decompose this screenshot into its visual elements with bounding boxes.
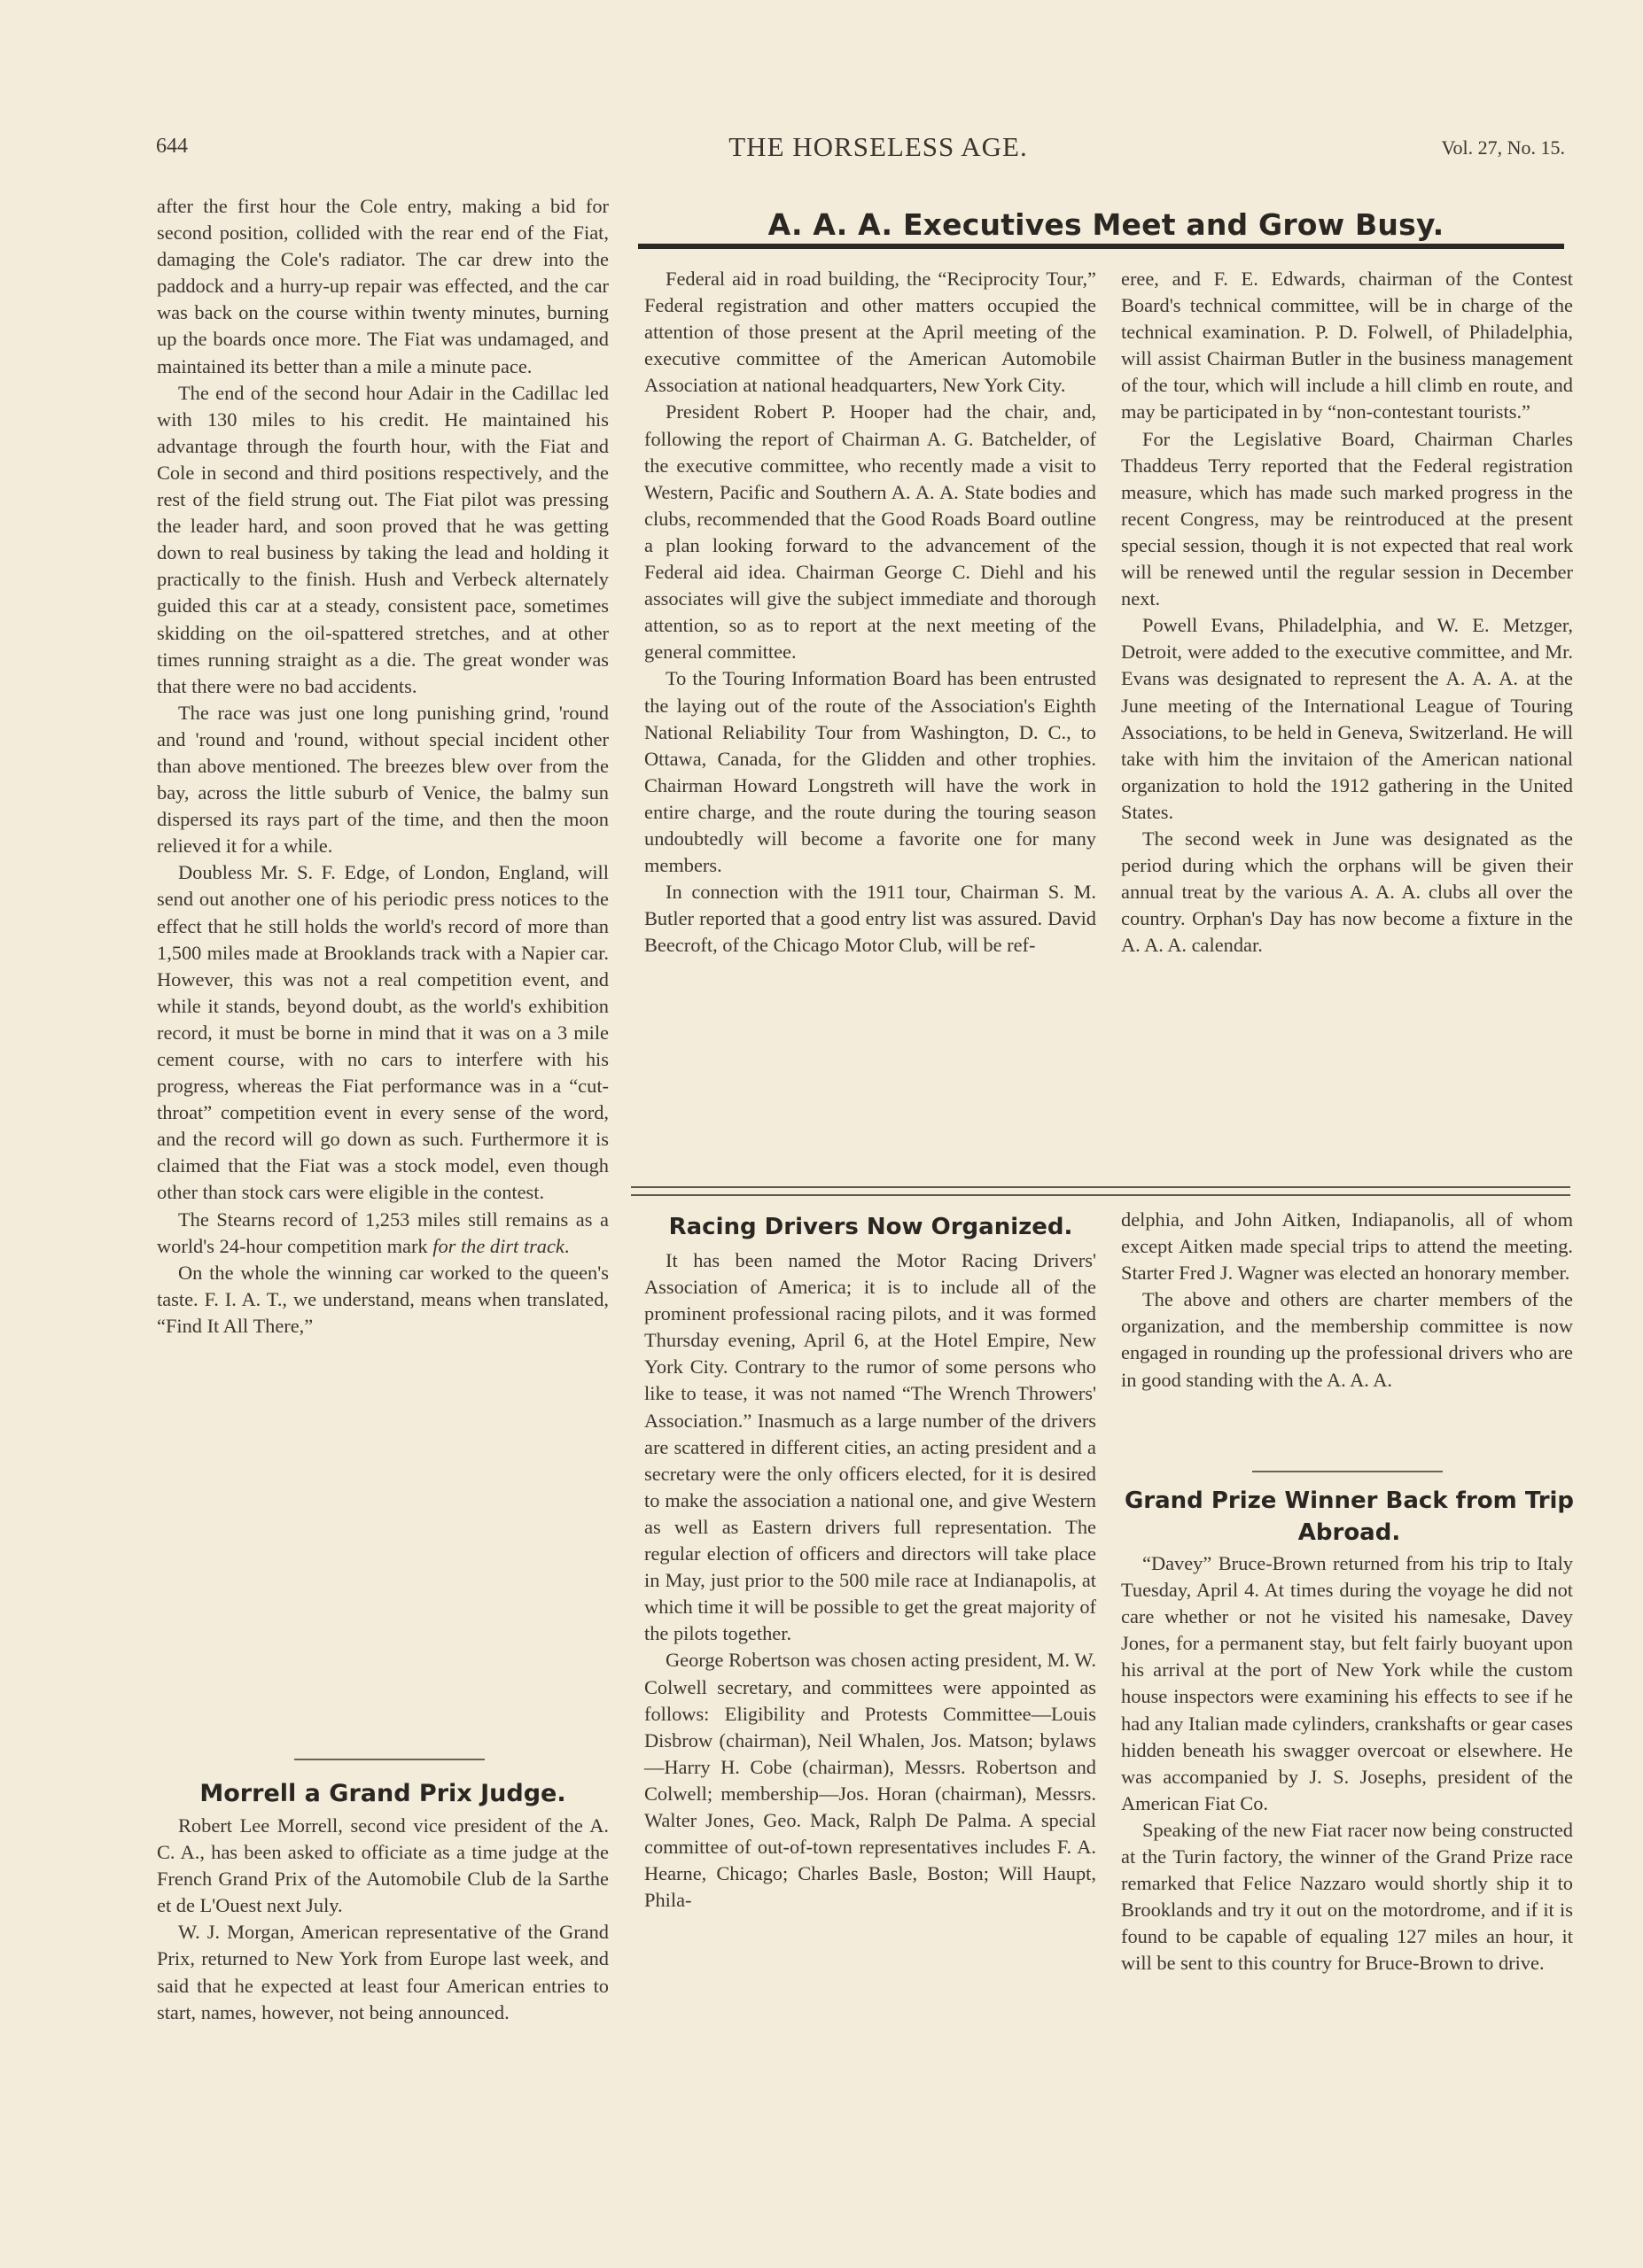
paragraph: Robert Lee Morrell, second vice presiden…	[157, 1813, 609, 1919]
page-header: 644 THE HORSELESS AGE. Vol. 27, No. 15.	[156, 131, 1574, 167]
italic-emphasis: for the dirt track	[432, 1235, 565, 1257]
headline-morrell: Morrell a Grand Prix Judge.	[157, 1779, 609, 1809]
paragraph: President Robert P. Hooper had the chair…	[644, 399, 1096, 665]
paragraph: Federal aid in road building, the “Recip…	[644, 266, 1096, 399]
paragraph: eree, and F. E. Edwards, chairman of the…	[1121, 266, 1573, 426]
article-morrell-body: Robert Lee Morrell, second vice presiden…	[157, 1813, 609, 2026]
article-aaa-column2: Federal aid in road building, the “Recip…	[644, 266, 1096, 959]
headline-grand-prize: Grand Prize Winner Back from Trip Abroad…	[1121, 1485, 1577, 1549]
race-report-continuation: after the first hour the Cole entry, mak…	[157, 193, 609, 1340]
paragraph: On the whole the winning car worked to t…	[157, 1260, 609, 1340]
article-racing-column2: It has been named the Motor Racing Drive…	[644, 1247, 1096, 1914]
article-racing-column3: delphia, and John Aitken, Indiapanolis, …	[1121, 1207, 1573, 1394]
paragraph: It has been named the Motor Racing Drive…	[644, 1247, 1096, 1647]
paragraph: To the Touring Information Board has bee…	[644, 665, 1096, 879]
article-grand-prize-body: “Davey” Bruce-Brown returned from his tr…	[1121, 1550, 1573, 1977]
paragraph: after the first hour the Cole entry, mak…	[157, 193, 609, 380]
paragraph: delphia, and John Aitken, Indiapanolis, …	[1121, 1207, 1573, 1286]
paragraph: In connection with the 1911 tour, Chairm…	[644, 879, 1096, 959]
section-divider	[1252, 1471, 1443, 1472]
headline-racing: Racing Drivers Now Organized.	[642, 1212, 1099, 1242]
paragraph: The race was just one long punishing gri…	[157, 700, 609, 860]
paragraph: George Robertson was chosen acting presi…	[644, 1647, 1096, 1914]
paragraph: Doubless Mr. S. F. Edge, of London, Engl…	[157, 859, 609, 1206]
article-aaa-column3: eree, and F. E. Edwards, chairman of the…	[1121, 266, 1573, 959]
headline-rule	[638, 244, 1564, 249]
paragraph: The second week in June was designated a…	[1121, 826, 1573, 959]
headline-aaa: A. A. A. Executives Meet and Grow Busy.	[636, 207, 1576, 242]
paragraph: “Davey” Bruce-Brown returned from his tr…	[1121, 1550, 1573, 1817]
paragraph: Powell Evans, Philadelphia, and W. E. Me…	[1121, 612, 1573, 826]
double-rule-divider	[631, 1186, 1570, 1196]
paragraph: Speaking of the new Fiat racer now being…	[1121, 1817, 1573, 1977]
paragraph: For the Legislative Board, Chairman Char…	[1121, 426, 1573, 613]
paragraph: The end of the second hour Adair in the …	[157, 380, 609, 700]
paragraph: W. J. Morgan, American representative of…	[157, 1919, 609, 2025]
volume-issue: Vol. 27, No. 15.	[1441, 136, 1565, 159]
paragraph: The above and others are charter members…	[1121, 1286, 1573, 1393]
journal-title: THE HORSELESS AGE.	[156, 131, 1574, 163]
paragraph-stearns: The Stearns record of 1,253 miles still …	[157, 1207, 609, 1260]
section-divider	[294, 1759, 485, 1760]
